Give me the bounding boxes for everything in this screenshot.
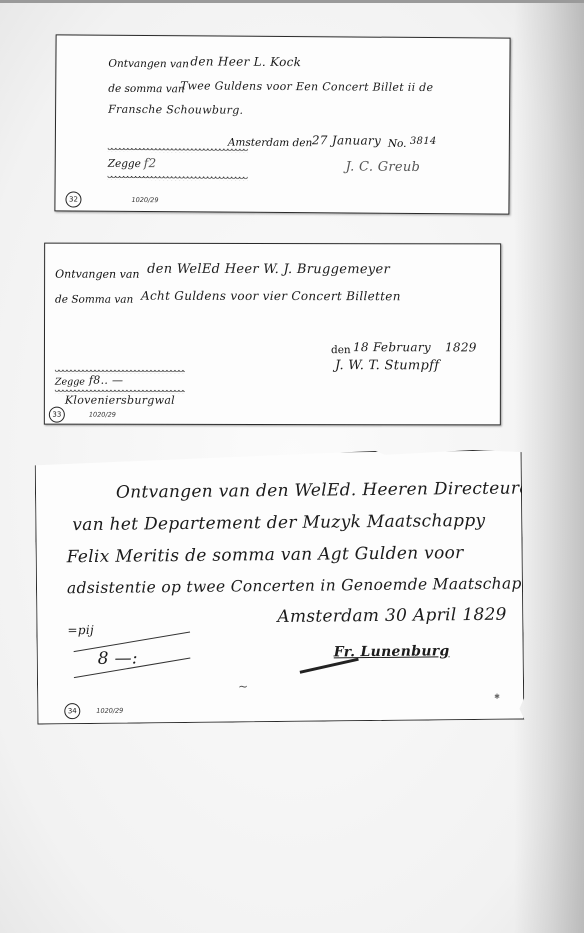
city-date-label: Amsterdam den (228, 137, 312, 150)
wavy-rule-bottom (108, 176, 248, 181)
receipt-line-1: Ontvangen van den WelEd. Heeren Directeu… (116, 478, 541, 502)
receipt-date: 27 January (312, 133, 381, 147)
received-from-name: den WelEd Heer W. J. Bruggemeyer (147, 262, 390, 277)
received-from-name: den Heer L. Kock (190, 54, 301, 69)
receipt-number: 3814 (410, 136, 437, 147)
wavy-rule-top (108, 148, 248, 153)
archive-number-badge: 34 (64, 703, 80, 719)
receipt-number-label: No. (388, 138, 407, 150)
receipt-place-date: Amsterdam 30 April 1829 (277, 605, 507, 627)
stamp-mark: ✱ (494, 693, 500, 701)
receipt-line-2: van het Departement der Muzyk Maatschapp… (72, 511, 485, 535)
sum-text-continued: Fransche Schouwburg. (108, 103, 243, 117)
amount: 8 —: (98, 648, 138, 668)
date-label: den (331, 344, 351, 356)
receipt-line-3: Felix Meritis de somma van Agt Gulden vo… (67, 543, 464, 567)
signature: J. W. T. Stumpff (335, 358, 439, 373)
zegge-amount: f8.. — (89, 374, 123, 387)
receipt-33: Ontvangen van den WelEd Heer W. J. Brugg… (44, 243, 501, 426)
inventory-number: 1020/29 (96, 707, 123, 715)
received-from-label: Ontvangen van (55, 268, 139, 281)
zegge-amount: f2 (144, 156, 157, 170)
receipt-32: Ontvangen van den Heer L. Kock de somma … (54, 34, 510, 214)
signature: Fr. Lunenburg (334, 643, 450, 660)
zegge-label: Zegge (108, 158, 141, 170)
archive-number-badge: 32 (65, 191, 81, 207)
inventory-number: 1020/29 (131, 196, 158, 204)
signature: J. C. Greub (346, 159, 421, 175)
receipt-year: 1829 (445, 340, 477, 354)
sum-text: Acht Guldens voor vier Concert Billetten (141, 289, 401, 303)
address-note: Kloveniersburgwal (65, 394, 175, 407)
received-from-label: Ontvangen van (108, 58, 189, 71)
inventory-number: 1020/29 (89, 411, 116, 419)
sum-label: de Somma van (55, 294, 133, 306)
receipt-34: Ontvangen van den WelEd. Heeren Directeu… (35, 449, 525, 724)
zegge-label: Zegge (55, 377, 85, 388)
small-mark: ~ (238, 679, 249, 693)
sum-text: Twee Guldens voor Een Concert Billet ii … (180, 79, 433, 94)
receipt-line-4: adsistentie op twee Concerten in Genoemd… (67, 574, 541, 597)
receipt-date: 18 February (353, 340, 431, 354)
scan-top-edge (0, 0, 584, 3)
archive-number-badge: 33 (49, 407, 65, 423)
margin-note: =pij (67, 623, 94, 637)
sum-label: de somma van (108, 83, 185, 96)
